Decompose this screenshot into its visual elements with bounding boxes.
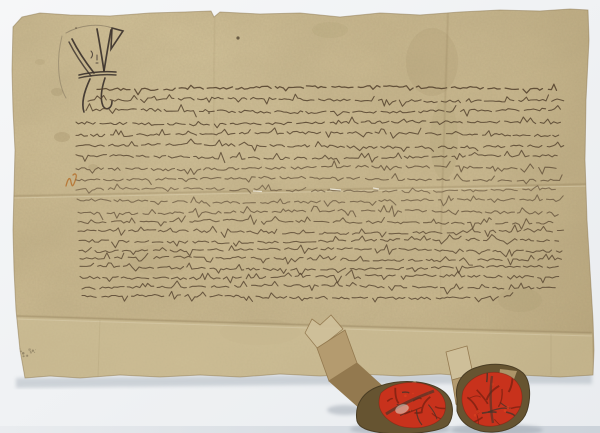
seal-engraving-stroke (415, 412, 423, 413)
seal-wax-fleck (412, 393, 414, 395)
stain (54, 132, 70, 142)
wax-seal-right (456, 363, 529, 432)
seal-wax-fleck (506, 406, 509, 409)
ink-spot (208, 112, 210, 114)
seal-wax-fleck (477, 410, 480, 413)
stain (312, 22, 348, 38)
stain (406, 28, 458, 96)
stain (35, 59, 45, 65)
seal-wax-fleck (410, 410, 412, 412)
stain (51, 88, 63, 96)
seal-engraving-stroke (402, 392, 409, 393)
scene-svg (0, 0, 600, 433)
charter-photo (0, 0, 600, 433)
seal-wax-fleck (504, 409, 507, 412)
stain (130, 244, 190, 276)
stain (498, 288, 542, 312)
seal-wax-fleck (474, 414, 477, 417)
ink-spot (236, 36, 239, 39)
crease-fleck (253, 191, 262, 192)
seal-wax-fleck (404, 394, 407, 397)
